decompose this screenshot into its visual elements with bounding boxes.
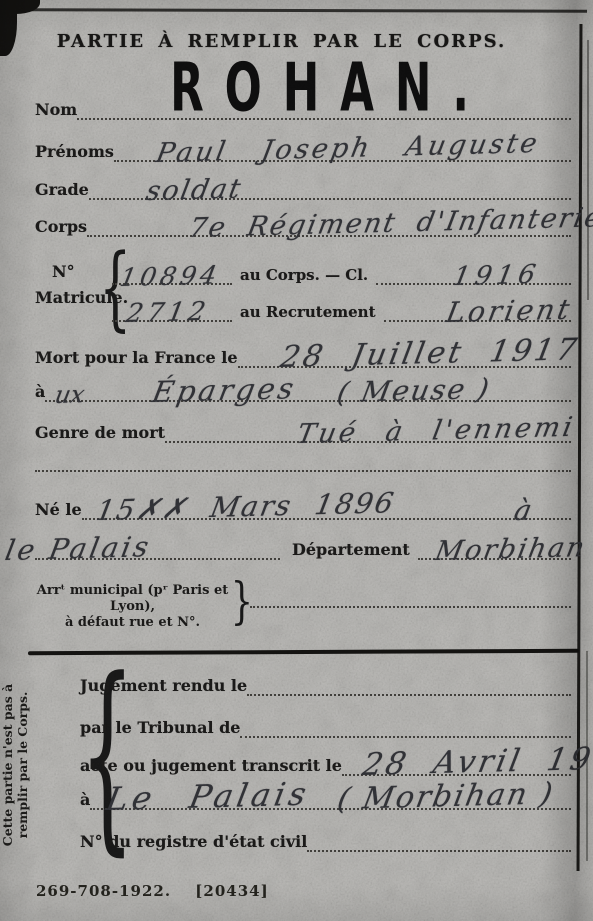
jugement-label: Jugement rendu le <box>80 678 247 696</box>
transcrit-lieu-paren: ( Morbihan ) <box>335 779 557 815</box>
field-row-transcrit: acte ou jugement transcrit le 28 Avril 1… <box>80 746 571 776</box>
field-row-matricule-corps: 10894 au Corps. — Cl. 1916 <box>112 257 571 285</box>
transcrit-lieu-label: à <box>80 792 90 810</box>
transcrit-line: 28 Avril 1919 <box>342 744 571 776</box>
print-code-part2: [20434] <box>195 882 268 900</box>
field-row-mort: Mort pour la France le 28 Juillet 1917 <box>35 340 571 368</box>
matricule-recrutement-value: 2712 <box>124 299 211 327</box>
transcrit-value: 28 Avril 1919 <box>360 743 593 781</box>
commune-naissance-line: le Palais <box>35 530 280 560</box>
side-note-vertical: Cette partie n'est pas à remplir par le … <box>0 669 60 861</box>
arr-municipal-line <box>250 578 571 608</box>
arr-municipal-label: Arrᵗ municipal (pʳ Paris et Lyon), à déf… <box>35 583 230 631</box>
matricule-mid1-label: au Corps. — Cl. <box>232 268 376 285</box>
ne-le-value: 15✗✗ Mars 1896 <box>94 489 398 525</box>
field-row-ne-le: Né le 15✗✗ Mars 1896 à <box>35 492 571 520</box>
print-code: 269-708-1922. [20434] <box>36 882 287 900</box>
corps-line: 7e Régiment d'Infanterie <box>87 207 571 237</box>
mort-label: Mort pour la France le <box>35 350 238 368</box>
blank-line <box>35 444 571 472</box>
grade-line: soldat <box>89 170 571 200</box>
scan-corner-mark-2 <box>0 0 40 14</box>
field-row-transcrit-lieu: à Le Palais ( Morbihan ) <box>80 780 571 810</box>
departement-value: Morbihan <box>433 534 588 565</box>
lieu-mort-value: Éparges <box>150 374 299 407</box>
ne-le-line: 15✗✗ Mars 1896 à <box>82 490 571 520</box>
matricule-mid2-label: au Recrutement <box>232 305 384 322</box>
field-row-jugement: Jugement rendu le <box>80 668 571 696</box>
mort-line: 28 Juillet 1917 <box>238 338 571 368</box>
genre-mort-value: Tué à l'ennemi <box>295 414 577 448</box>
prenoms-value: Paul Joseph Auguste <box>154 130 542 167</box>
arr-municipal-label-line2: à défaut rue et N°. <box>35 615 230 631</box>
arr-municipal-label-line1: Arrᵗ municipal (pʳ Paris et Lyon), <box>35 583 230 615</box>
field-row-arr-municipal <box>250 580 571 608</box>
field-row-genre-mort: Genre de mort Tué à l'ennemi <box>35 415 571 443</box>
departement-line: Morbihan <box>418 530 571 560</box>
transcrit-lieu-line: Le Palais ( Morbihan ) <box>90 778 571 810</box>
transcrit-lieu-value: Le Palais <box>104 778 313 815</box>
field-row-matricule-recrutement: 2712 au Recrutement Lorient <box>112 294 571 322</box>
prenoms-line: Paul Joseph Auguste <box>114 132 571 162</box>
jugement-line <box>247 666 571 696</box>
page-binding-edge-2 <box>587 40 589 300</box>
matricule-lieu-line: Lorient <box>384 292 571 322</box>
transcrit-label: acte ou jugement transcrit le <box>80 758 342 776</box>
field-row-tribunal: par le Tribunal de <box>80 708 571 738</box>
matricule-lieu-value: Lorient <box>444 296 575 327</box>
tribunal-line <box>240 706 571 738</box>
mort-value: 28 Juillet 1917 <box>278 335 582 373</box>
registre-label: N° du registre d'état civil <box>80 834 307 852</box>
matricule-classe-line: 1916 <box>376 255 571 285</box>
field-row-grade: Grade soldat <box>35 172 571 200</box>
field-row-registre: N° du registre d'état civil <box>80 824 571 852</box>
grade-value: soldat <box>144 176 245 205</box>
lieu-mort-line: ux Éparges ( Meuse ) <box>45 372 571 402</box>
departement-label: Département <box>280 542 418 560</box>
genre-mort-label: Genre de mort <box>35 425 165 443</box>
field-row-blank <box>35 446 571 472</box>
print-code-part1: 269-708-1922. <box>36 882 171 900</box>
grade-label: Grade <box>35 182 89 200</box>
field-row-corps: Corps 7e Régiment d'Infanterie <box>35 209 571 237</box>
lieu-mort-label: à <box>35 384 45 402</box>
field-row-prenoms: Prénoms Paul Joseph Auguste <box>35 134 571 162</box>
matricule-classe-value: 1916 <box>451 262 542 290</box>
nom-label: Nom <box>35 102 77 120</box>
lieu-mort-paren: ( Meuse ) <box>335 375 493 407</box>
commune-naissance-value: le Palais <box>3 533 154 565</box>
corps-value: 7e Régiment d'Infanterie <box>187 204 593 242</box>
matricule-corps-line: 10894 <box>112 255 232 285</box>
tribunal-label: par le Tribunal de <box>80 720 240 738</box>
prenoms-label: Prénoms <box>35 144 114 162</box>
field-row-nom: Nom <box>35 92 571 120</box>
matricule-recrutement-line: 2712 <box>112 292 232 322</box>
scan-top-edge-line <box>30 8 587 12</box>
corps-label: Corps <box>35 219 87 237</box>
ne-le-suffix: à <box>512 497 534 525</box>
registre-line <box>307 822 571 852</box>
nom-line <box>77 90 571 120</box>
ne-le-label: Né le <box>35 502 82 520</box>
lieu-mort-prefix: ux <box>53 382 87 407</box>
matricule-label-line1: N° <box>52 264 75 282</box>
field-row-departement: le Palais Département Morbihan <box>35 532 571 560</box>
matricule-corps-value: 10894 <box>118 262 223 290</box>
death-record-card: PARTIE À REMPLIR PAR LE CORPS. ROHAN. No… <box>0 0 593 921</box>
field-row-lieu-mort: à ux Éparges ( Meuse ) <box>35 374 571 402</box>
genre-mort-line: Tué à l'ennemi <box>165 413 571 443</box>
